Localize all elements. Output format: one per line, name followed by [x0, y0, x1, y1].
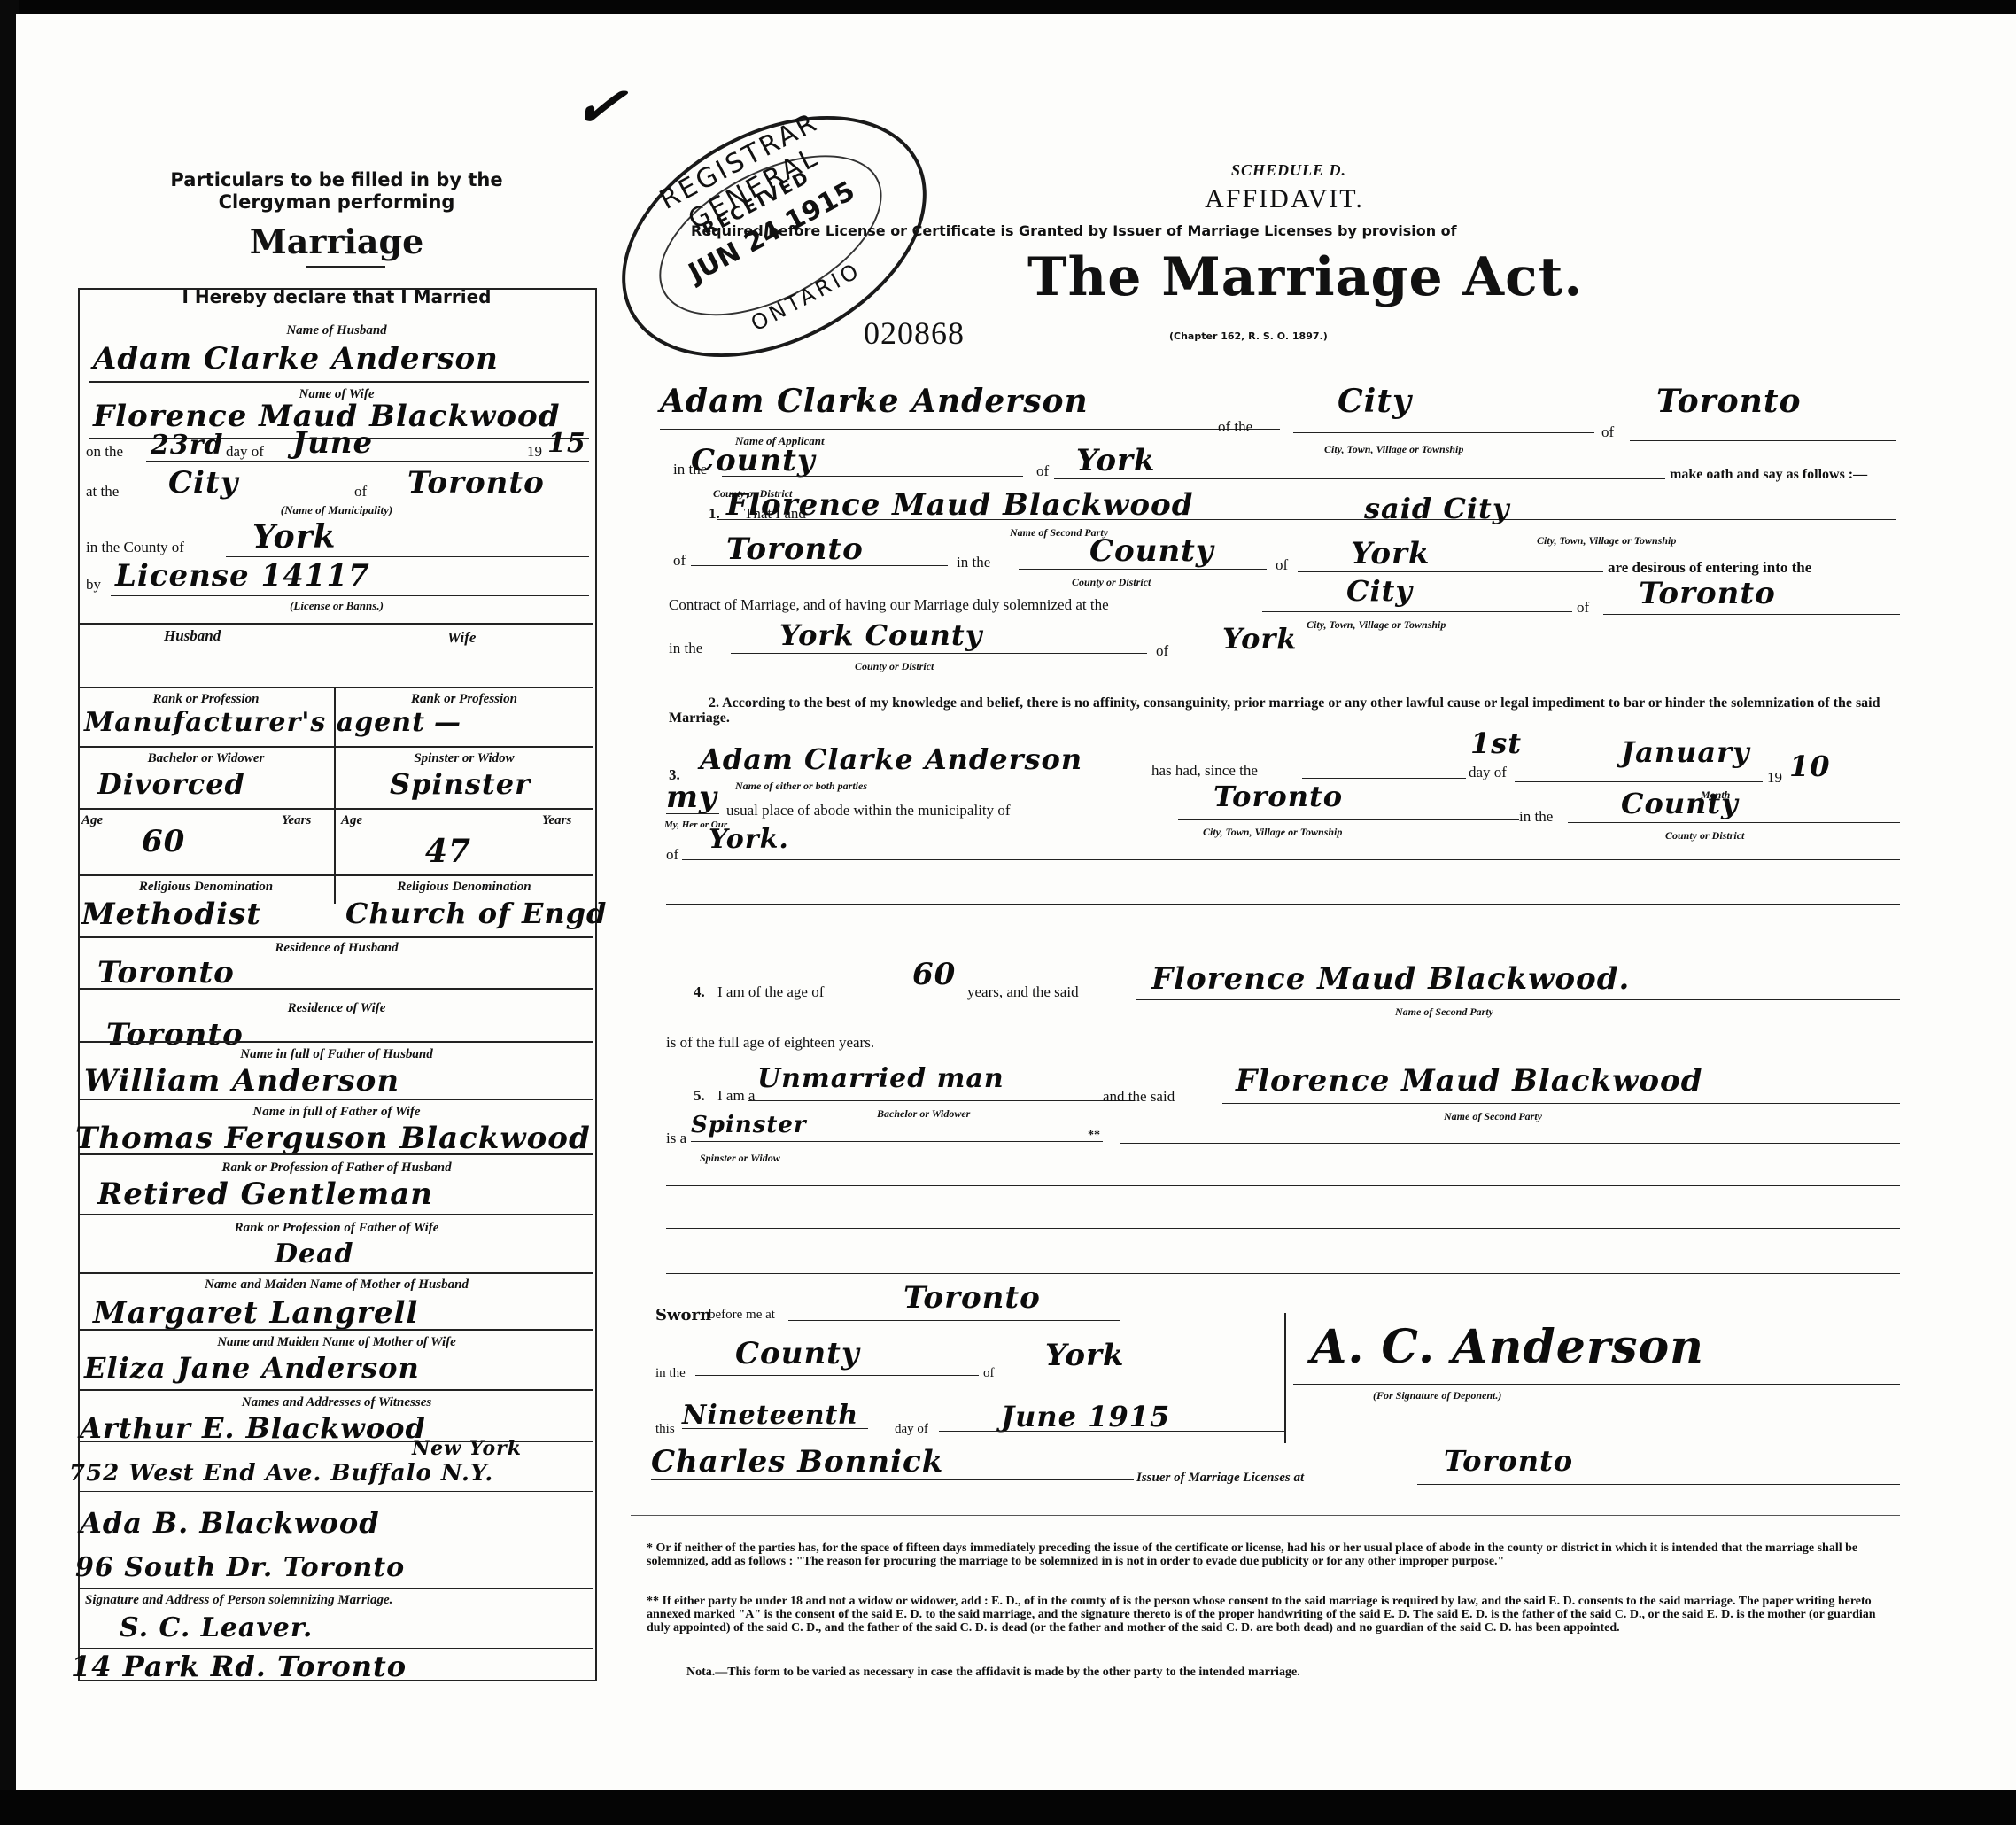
rule [111, 595, 589, 596]
rule [686, 773, 1147, 773]
value-sworn-county-type: County [735, 1336, 860, 1371]
value-item3-month: January [1621, 735, 1750, 769]
item1-number: 1. [709, 505, 720, 523]
value-item5-second-party: Florence Maud Blackwood [1236, 1063, 1703, 1099]
rule [1178, 656, 1896, 656]
value-item5-second-status: Spinster [691, 1112, 807, 1138]
signature-divider [1284, 1313, 1286, 1443]
label-day-of: day of [895, 1422, 928, 1437]
label-license-or-banns: (License or Banns.) [80, 599, 593, 613]
item4-mid: years, and the said [967, 983, 1079, 1001]
value-solemnizer-name: S. C. Leaver. [120, 1612, 313, 1643]
checkmark-icon: ✓ [570, 66, 632, 145]
footnote-2: ** If either party be under 18 and not a… [647, 1595, 1896, 1635]
rule [631, 1515, 1900, 1516]
label-husband-column: Husband [164, 627, 221, 645]
rule [142, 501, 589, 501]
affidavit-title: AFFIDAVIT. [1151, 184, 1417, 214]
marriage-act-title: The Marriage Act. [1027, 246, 1583, 308]
rule [1568, 822, 1900, 823]
label-bachelor-or-widower: Bachelor or Widower [80, 751, 332, 766]
value-wife-profession: — [434, 707, 461, 738]
label-husband-profession: Rank or Profession [80, 692, 332, 707]
value-husband-mother: Margaret Langrell [93, 1295, 418, 1331]
label-residence-husband: Residence of Husband [80, 941, 593, 956]
label-day-of: day of [226, 443, 264, 461]
schedule-label: SCHEDULE D. [1231, 161, 1346, 180]
item5-prefix: I am a [717, 1087, 755, 1105]
value-sworn-date: June 1915 [1001, 1400, 1170, 1433]
item5-number: 5. [694, 1087, 705, 1105]
rule [1293, 432, 1594, 433]
label-year-prefix: 19 [1767, 769, 1782, 787]
label-mother-of-wife: Name and Maiden Name of Mother of Wife [80, 1335, 593, 1350]
panel-title: Marriage [89, 221, 585, 261]
rule [1630, 440, 1896, 441]
value-year: 15 [547, 428, 586, 459]
label-of: of [1036, 462, 1049, 480]
item4-number: 4. [694, 983, 705, 1001]
value-place-type: City [1338, 383, 1412, 420]
rule [78, 1648, 593, 1649]
scan-bottom-border [0, 1790, 2016, 1825]
value-place-type: City [168, 465, 238, 501]
chapter-reference: (Chapter 162, R. S. O. 1897.) [1169, 330, 1328, 342]
panel-heading-line1: Particulars to be filled in by the [89, 168, 585, 191]
value-solemnizer-address: 14 Park Rd. Toronto [71, 1650, 407, 1683]
footnote-nota: Nota.—This form to be varied as necessar… [686, 1666, 1749, 1679]
rule [666, 1273, 1900, 1274]
rule [78, 1491, 593, 1492]
rule [1302, 778, 1466, 779]
rule [78, 1214, 593, 1215]
value-husband-age: 60 [142, 824, 185, 859]
value-solemnization-place-type: City [1346, 574, 1413, 608]
value-item4-age: 60 [912, 957, 956, 992]
rule [1120, 1143, 1900, 1144]
rule [80, 623, 593, 625]
rule [78, 687, 593, 688]
rule [78, 1329, 593, 1331]
label-county-or-district-3: County or District [1665, 829, 1744, 843]
desirous-text: are desirous of entering into the [1608, 559, 1811, 577]
label-wife-years: Years [542, 813, 571, 828]
affidavit-subtitle: Required before License or Certificate i… [691, 222, 1457, 239]
has-had-text: has had, since the [1151, 762, 1258, 780]
label-in-the: in the [1519, 808, 1553, 826]
label-solemnizer: Signature and Address of Person solemniz… [85, 1593, 392, 1608]
value-witness2-name: Ada B. Blackwood [80, 1506, 380, 1540]
value-wife-father: Thomas Ferguson Blackwood [75, 1121, 591, 1156]
rule [939, 1431, 1284, 1432]
label-year-prefix: 19 [527, 443, 542, 461]
rule [226, 556, 589, 557]
value-abode-county: York. [709, 824, 789, 855]
rule [1417, 1484, 1900, 1485]
label-wife-column: Wife [447, 629, 476, 647]
value-license: License 14117 [115, 558, 370, 594]
label-wife-age: Age [341, 813, 362, 828]
rule [1603, 614, 1900, 615]
label-of: of [1156, 642, 1168, 660]
label-city-town-4: City, Town, Village or Township [1203, 826, 1342, 839]
rule [788, 1320, 1120, 1321]
item5-is-a: is a [666, 1130, 686, 1147]
value-witness2-address: 96 South Dr. Toronto [75, 1552, 405, 1583]
rule [78, 936, 593, 938]
value-sworn-day-word: Nineteenth [682, 1400, 858, 1431]
item2-body: According to the best of my knowledge an… [669, 695, 1880, 726]
rule [1293, 1384, 1900, 1385]
label-city-town-3: City, Town, Village or Township [1307, 618, 1446, 632]
rule [78, 1099, 593, 1100]
rule [78, 1588, 593, 1589]
label-husband-years: Years [282, 813, 311, 828]
value-item3-name: Adam Clarke Anderson [700, 742, 1082, 776]
value-second-party: Florence Maud Blackwood [726, 487, 1194, 523]
item2-number: 2. [709, 695, 719, 711]
rule [682, 1428, 868, 1429]
label-city-town: City, Town, Village or Township [1324, 443, 1463, 456]
value-husband-father: William Anderson [84, 1063, 399, 1099]
rule [1178, 819, 1519, 820]
value-witness1-address-note: New York [412, 1437, 522, 1460]
rule [722, 476, 1023, 477]
contract-text: Contract of Marriage, and of having our … [669, 596, 1109, 614]
label-of: of [354, 483, 367, 501]
value-husband-profession: Manufacturer's agent [84, 707, 425, 738]
rule [78, 988, 593, 990]
label-of: of [673, 552, 686, 570]
value-applicant: Adam Clarke Anderson [660, 383, 1089, 420]
rule [651, 1479, 1134, 1480]
label-county-or-district: County or District [1072, 576, 1151, 589]
label-in-the-county-of: in the County of [86, 539, 184, 556]
sworn-label: Sworn [655, 1306, 711, 1324]
rule [682, 859, 1900, 860]
value-month: June [292, 425, 373, 461]
value-husband-status: Divorced [97, 767, 245, 801]
issuer-label: Issuer of Marriage Licenses at [1136, 1471, 1304, 1486]
value-county: York [1076, 443, 1155, 478]
document-number: 020868 [864, 315, 965, 352]
label-in-the: in the [669, 640, 702, 657]
label-this: this [655, 1422, 675, 1437]
value-place: Toronto [1656, 383, 1801, 420]
deponent-label: (For Signature of Deponent.) [1373, 1389, 1501, 1402]
value-husband-residence: Toronto [97, 955, 235, 990]
label-by: by [86, 576, 101, 594]
item5-mid: and the said [1103, 1088, 1175, 1106]
rule [666, 904, 1900, 905]
value-item5-status: Unmarried man [757, 1063, 1004, 1094]
issuer-signature: Charles Bonnick [651, 1444, 943, 1479]
value-sworn-county: York [1045, 1338, 1124, 1373]
value-solemnization-county-type: York County [779, 618, 982, 652]
value-place-note: said City [1364, 492, 1509, 525]
rule [1136, 999, 1900, 1000]
label-husband-religion: Religious Denomination [80, 880, 332, 895]
label-county-or-district-2: County or District [855, 660, 934, 673]
label-father-of-husband: Name in full of Father of Husband [80, 1047, 593, 1062]
abode-text: usual place of abode within the municipa… [726, 802, 1011, 819]
value-abode-county-type: County [1621, 787, 1739, 820]
before-me-at: before me at [709, 1308, 775, 1323]
rule [1262, 611, 1572, 612]
label-father-of-wife: Name in full of Father of Wife [80, 1105, 593, 1120]
rule [78, 1041, 593, 1043]
rule [78, 1153, 593, 1155]
value-sworn-place: Toronto [903, 1280, 1041, 1316]
rule [695, 1375, 979, 1376]
rule [886, 998, 965, 998]
rule [1515, 781, 1763, 782]
label-name-either-party: Name of either or both parties [735, 780, 867, 793]
rule [1298, 571, 1603, 572]
value-husband-name: Adam Clarke Anderson [93, 341, 499, 377]
rule [1019, 569, 1267, 570]
label-bachelor-or-widower-2: Bachelor or Widower [877, 1107, 970, 1121]
rule [78, 1389, 593, 1391]
item2-text: 2. According to the best of my knowledge… [669, 695, 1900, 726]
label-profession-father-husband: Rank or Profession of Father of Husband [80, 1161, 593, 1176]
footnote-1: * Or if neither of the parties has, for … [647, 1542, 1896, 1568]
label-day-of: day of [1469, 764, 1507, 781]
item5-marker: ** [1088, 1129, 1100, 1143]
item4-suffix: is of the full age of eighteen years. [666, 1034, 874, 1052]
label-of: of [983, 1366, 995, 1381]
label-name-second-party-3: Name of Second Party [1444, 1110, 1542, 1123]
value-item3-day: 1st [1470, 726, 1522, 760]
value-county-type: County [691, 443, 816, 478]
rule [1001, 1378, 1284, 1378]
label-name-second-party-2: Name of Second Party [1395, 1006, 1493, 1019]
title-divider [306, 266, 385, 268]
label-name-of-husband: Name of Husband [80, 323, 593, 338]
value-wife-religion: Church of Engd [345, 897, 607, 930]
panel-heading-line2: Clergyman performing [89, 190, 585, 214]
label-name-of-municipality: (Name of Municipality) [80, 503, 593, 517]
label-residence-wife: Residence of Wife [80, 1001, 593, 1016]
value-solemnization-place: Toronto [1639, 576, 1776, 611]
value-issuer-place: Toronto [1444, 1444, 1573, 1478]
value-item4-second-party: Florence Maud Blackwood. [1151, 961, 1630, 997]
label-profession-father-wife: Rank or Profession of Father of Wife [80, 1221, 593, 1236]
value-witness1-name: Arthur E. Blackwood [80, 1411, 426, 1445]
label-mother-of-husband: Name and Maiden Name of Mother of Husban… [80, 1277, 593, 1293]
rule [78, 746, 593, 748]
value-wife-age: 47 [425, 833, 471, 870]
label-city-town-2: City, Town, Village or Township [1537, 534, 1676, 547]
value-county: York [1351, 536, 1430, 571]
value-solemnization-county: York [1222, 622, 1297, 656]
label-on-the: on the [86, 443, 123, 461]
label-of: of [1276, 556, 1288, 574]
label-wife-profession: Rank or Profession [337, 692, 592, 707]
rule [666, 813, 719, 814]
rule [666, 1185, 1900, 1186]
value-husband-religion: Methodist [81, 897, 261, 932]
rule [691, 565, 948, 566]
rule [78, 1272, 593, 1274]
rule [1054, 478, 1665, 479]
value-county-type: County [1089, 533, 1214, 569]
value-day: 23rd [151, 430, 224, 461]
rule [146, 461, 589, 462]
rule [1222, 1103, 1900, 1104]
rule [78, 808, 593, 810]
label-wife-religion: Religious Denomination [337, 880, 592, 895]
value-municipality: Toronto [407, 465, 545, 501]
label-spinster-or-widow-2: Spinster or Widow [700, 1152, 780, 1165]
value-county: York [252, 518, 337, 555]
label-of-the: of the [1218, 418, 1252, 436]
value-wife-status: Spinster [390, 767, 531, 801]
value-wife-father-profession: Dead [275, 1239, 354, 1270]
rule [78, 1542, 593, 1542]
value-abode-municipality: Toronto [1213, 780, 1343, 813]
label-spinster-or-widow: Spinster or Widow [337, 751, 592, 766]
value-item3-year: 10 [1789, 749, 1831, 783]
label-at-the: at the [86, 483, 119, 501]
label-in-the: in the [655, 1366, 686, 1381]
rule [666, 951, 1900, 951]
value-pronoun: my [666, 780, 717, 815]
item4-prefix: I am of the age of [717, 983, 824, 1001]
value-witness1-address: 752 West End Ave. Buffalo N.Y. [69, 1460, 493, 1487]
value-place: Toronto [726, 532, 864, 567]
label-husband-age: Age [81, 813, 103, 828]
label-of: of [1601, 423, 1614, 441]
deponent-signature: A. C. Anderson [1311, 1320, 1704, 1374]
label-in-the: in the [957, 554, 990, 571]
rule [666, 1228, 1900, 1229]
rule [717, 519, 1896, 520]
rule [748, 1100, 1134, 1101]
value-wife-mother: Eliza Jane Anderson [84, 1351, 420, 1385]
rule [78, 874, 593, 876]
make-oath-text: make oath and say as follows :— [1670, 467, 1867, 483]
rule [691, 1141, 1103, 1142]
rule [89, 381, 589, 383]
value-husband-father-profession: Retired Gentleman [97, 1177, 433, 1212]
label-of: of [666, 846, 678, 864]
label-witnesses: Names and Addresses of Witnesses [80, 1395, 593, 1410]
rule [660, 429, 1280, 430]
label-of: of [1577, 599, 1589, 617]
rule [731, 653, 1147, 654]
